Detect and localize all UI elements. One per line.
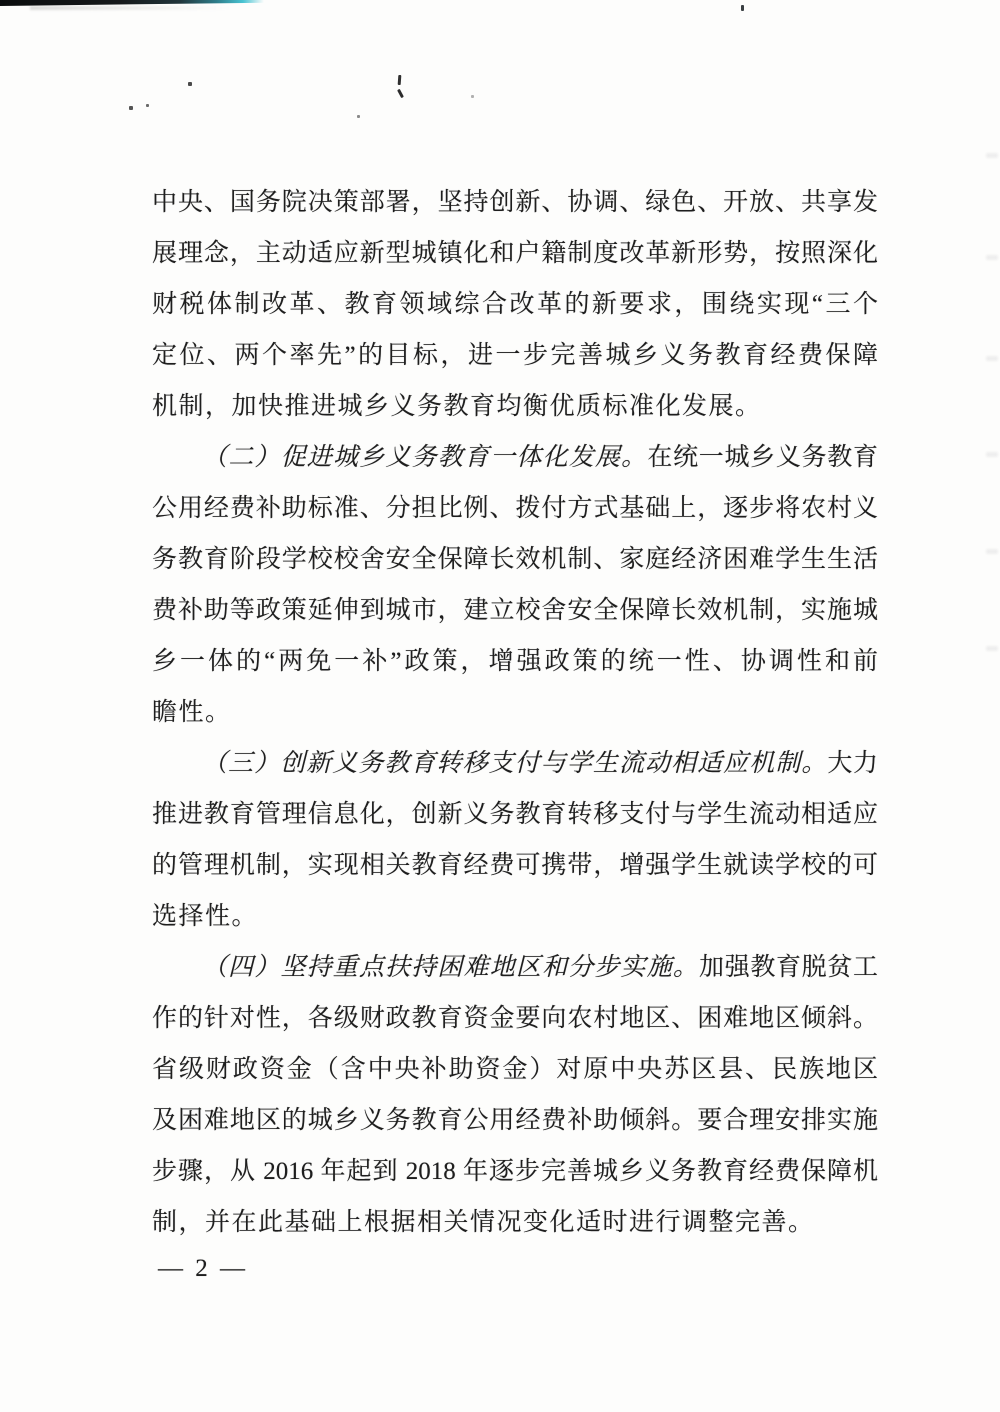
text-line: 中央、国务院决策部署，坚持创新、协调、绿色、开放、共享发: [152, 177, 878, 228]
scan-speck: [188, 82, 192, 86]
text-line: 务教育阶段学校校舍安全保障长效机制、家庭经济困难学生生活: [152, 534, 878, 585]
body-text: 选择性。: [152, 903, 258, 930]
text-line: 选择性。: [152, 891, 878, 942]
text-line: 瞻性。: [152, 687, 878, 738]
scan-speck: [129, 106, 133, 110]
text-line: 展理念，主动适应新型城镇化和户籍制度改革新形势，按照深化: [152, 228, 878, 279]
body-text: 步骤，从 2016 年起到 2018 年逐步完善城乡义务教育经费保障机: [152, 1158, 878, 1185]
scan-speck: [397, 89, 404, 98]
scan-edge-smudge: [986, 646, 998, 651]
scan-edge-smudge: [986, 255, 998, 260]
text-line: 推进教育管理信息化，创新义务教育转移支付与学生流动相适应: [152, 789, 878, 840]
body-text: 费补助等政策延伸到城市，建立校舍安全保障长效机制，实施城: [152, 597, 878, 624]
body-text: 定位、两个率先”的目标，进一步完善城乡义务教育经费保障: [152, 342, 878, 369]
scanner-edge-band: [0, 0, 264, 6]
scan-speck: [398, 75, 402, 85]
scan-edge-smudge: [986, 452, 998, 457]
scan-edge-smudge: [986, 549, 998, 554]
scan-speck: [357, 115, 360, 118]
scan-speck: [741, 5, 744, 11]
scan-edge-smudge: [986, 153, 998, 158]
body-text: 及困难地区的城乡义务教育公用经费补助倾斜。要合理安排实施: [152, 1107, 878, 1134]
body-text: 瞻性。: [152, 699, 232, 726]
paragraph-section-4: （四）坚持重点扶持困难地区和分步实施。加强教育脱贫工作的针对性，各级财政教育资金…: [152, 942, 878, 1248]
scan-speck: [471, 95, 474, 98]
scanner-edge-band-shadow: [30, 6, 230, 10]
scan-edge-smudge: [986, 356, 998, 361]
text-line: 作的针对性，各级财政教育资金要向农村地区、困难地区倾斜。: [152, 993, 878, 1044]
scanned-document-page: 中央、国务院决策部署，坚持创新、协调、绿色、开放、共享发展理念，主动适应新型城镇…: [0, 0, 1000, 1412]
paragraph-section-3: （三）创新义务教育转移支付与学生流动相适应机制。大力推进教育管理信息化，创新义务…: [152, 738, 878, 942]
body-text: 推进教育管理信息化，创新义务教育转移支付与学生流动相适应: [152, 801, 878, 828]
document-body: 中央、国务院决策部署，坚持创新、协调、绿色、开放、共享发展理念，主动适应新型城镇…: [152, 177, 878, 1248]
body-text: 机制，加快推进城乡义务教育均衡优质标准化发展。: [152, 393, 762, 420]
text-line: 公用经费补助标准、分担比例、拨付方式基础上，逐步将农村义: [152, 483, 878, 534]
body-text: 加强教育脱贫工: [699, 954, 878, 981]
text-line: 步骤，从 2016 年起到 2018 年逐步完善城乡义务教育经费保障机: [152, 1146, 878, 1197]
text-line: 制，并在此基础上根据相关情况变化适时进行调整完善。: [152, 1197, 878, 1248]
body-text: 作的针对性，各级财政教育资金要向农村地区、困难地区倾斜。: [152, 1005, 878, 1032]
body-text: 公用经费补助标准、分担比例、拨付方式基础上，逐步将农村义: [152, 495, 878, 522]
text-line: 的管理机制，实现相关教育经费可携带，增强学生就读学校的可: [152, 840, 878, 891]
body-text: 财税体制改革、教育领域综合改革的新要求，围绕实现“三个: [152, 291, 878, 318]
body-text: 务教育阶段学校校舍安全保障长效机制、家庭经济困难学生生活: [152, 546, 878, 573]
text-line: （二）促进城乡义务教育一体化发展。在统一城乡义务教育: [152, 432, 878, 483]
body-text: 乡一体的“两免一补”政策，增强政策的统一性、协调性和前: [152, 648, 878, 675]
body-text: 的管理机制，实现相关教育经费可携带，增强学生就读学校的可: [152, 852, 878, 879]
paragraph-section-2: （二）促进城乡义务教育一体化发展。在统一城乡义务教育公用经费补助标准、分担比例、…: [152, 432, 878, 738]
page-number: — 2 —: [158, 1252, 248, 1286]
scan-speck: [146, 104, 149, 107]
text-line: 财税体制改革、教育领域综合改革的新要求，围绕实现“三个: [152, 279, 878, 330]
paragraph-continuation: 中央、国务院决策部署，坚持创新、协调、绿色、开放、共享发展理念，主动适应新型城镇…: [152, 177, 878, 432]
text-line: （三）创新义务教育转移支付与学生流动相适应机制。大力: [152, 738, 878, 789]
body-text: 省级财政资金（含中央补助资金）对原中央苏区县、民族地区: [152, 1056, 878, 1083]
text-line: （四）坚持重点扶持困难地区和分步实施。加强教育脱贫工: [152, 942, 878, 993]
text-line: 乡一体的“两免一补”政策，增强政策的统一性、协调性和前: [152, 636, 878, 687]
section-heading-text: （三）创新义务教育转移支付与学生流动相适应机制。: [202, 750, 827, 777]
text-line: 费补助等政策延伸到城市，建立校舍安全保障长效机制，实施城: [152, 585, 878, 636]
body-text: 在统一城乡义务教育: [647, 444, 878, 471]
text-line: 省级财政资金（含中央补助资金）对原中央苏区县、民族地区: [152, 1044, 878, 1095]
text-line: 机制，加快推进城乡义务教育均衡优质标准化发展。: [152, 381, 878, 432]
section-heading-text: （四）坚持重点扶持困难地区和分步实施。: [202, 954, 699, 981]
text-line: 定位、两个率先”的目标，进一步完善城乡义务教育经费保障: [152, 330, 878, 381]
body-text: 展理念，主动适应新型城镇化和户籍制度改革新形势，按照深化: [152, 240, 878, 267]
body-text: 中央、国务院决策部署，坚持创新、协调、绿色、开放、共享发: [152, 189, 878, 216]
text-line: 及困难地区的城乡义务教育公用经费补助倾斜。要合理安排实施: [152, 1095, 878, 1146]
body-text: 制，并在此基础上根据相关情况变化适时进行调整完善。: [152, 1209, 815, 1236]
body-text: 大力: [827, 750, 878, 777]
section-heading-text: （二）促进城乡义务教育一体化发展。: [202, 444, 647, 471]
